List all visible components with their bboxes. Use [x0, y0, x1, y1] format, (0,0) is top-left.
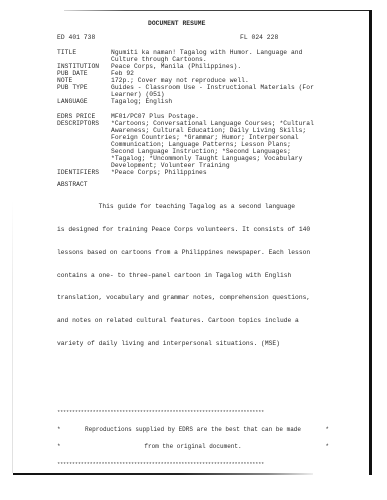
right-border-rule	[369, 10, 372, 475]
top-border-rule	[64, 10, 370, 11]
document-heading: DOCUMENT RESUME	[148, 20, 205, 27]
asterisk-border-top: ****************************************…	[57, 410, 329, 416]
abstract-line: This guide for teaching Tagalog as a sec…	[57, 203, 302, 211]
notice-line-1: Reproductions supplied by EDRS are the b…	[61, 427, 326, 433]
abstract-line: variety of daily living and interpersona…	[57, 340, 302, 348]
field-label-language: LANGUAGE	[57, 98, 88, 105]
field-value-identifiers: *Peace Corps; Philippines	[111, 169, 207, 176]
field-label-title: TITLE	[57, 49, 76, 56]
field-label-pub-type: PUB TYPE	[57, 84, 88, 91]
reproduction-notice: ****************************************…	[57, 398, 329, 479]
asterisk-edge-right: *	[325, 444, 329, 450]
abstract-line: contains a one- to three-panel cartoon i…	[57, 272, 302, 280]
abstract-body: This guide for teaching Tagalog as a sec…	[57, 188, 302, 363]
asterisk-border-bottom: ****************************************…	[57, 462, 329, 468]
ed-number: ED 401 738	[57, 34, 95, 41]
fl-number: FL 024 228	[240, 34, 278, 41]
asterisk-edge-right: *	[325, 427, 329, 433]
document-page: DOCUMENT RESUME ED 401 738 FL 024 228 TI…	[0, 0, 387, 500]
abstract-line: lessons based on cartoons from a Philipp…	[57, 249, 302, 257]
field-label-identifiers: IDENTIFIERS	[57, 169, 99, 176]
notice-line-2: from the original document.	[61, 444, 326, 450]
abstract-line: translation, vocabulary and grammar note…	[57, 294, 302, 302]
field-value-language: Tagalog; English	[111, 98, 172, 105]
notice-row-2: * from the original document. *	[57, 444, 329, 450]
abstract-line: is designed for training Peace Corps vol…	[57, 226, 302, 234]
left-border-rule	[12, 200, 13, 473]
field-label-descriptors: DESCRIPTORS	[57, 120, 99, 127]
abstract-line: and notes on related cultural features. …	[57, 317, 302, 325]
notice-row-1: * Reproductions supplied by EDRS are the…	[57, 427, 329, 433]
